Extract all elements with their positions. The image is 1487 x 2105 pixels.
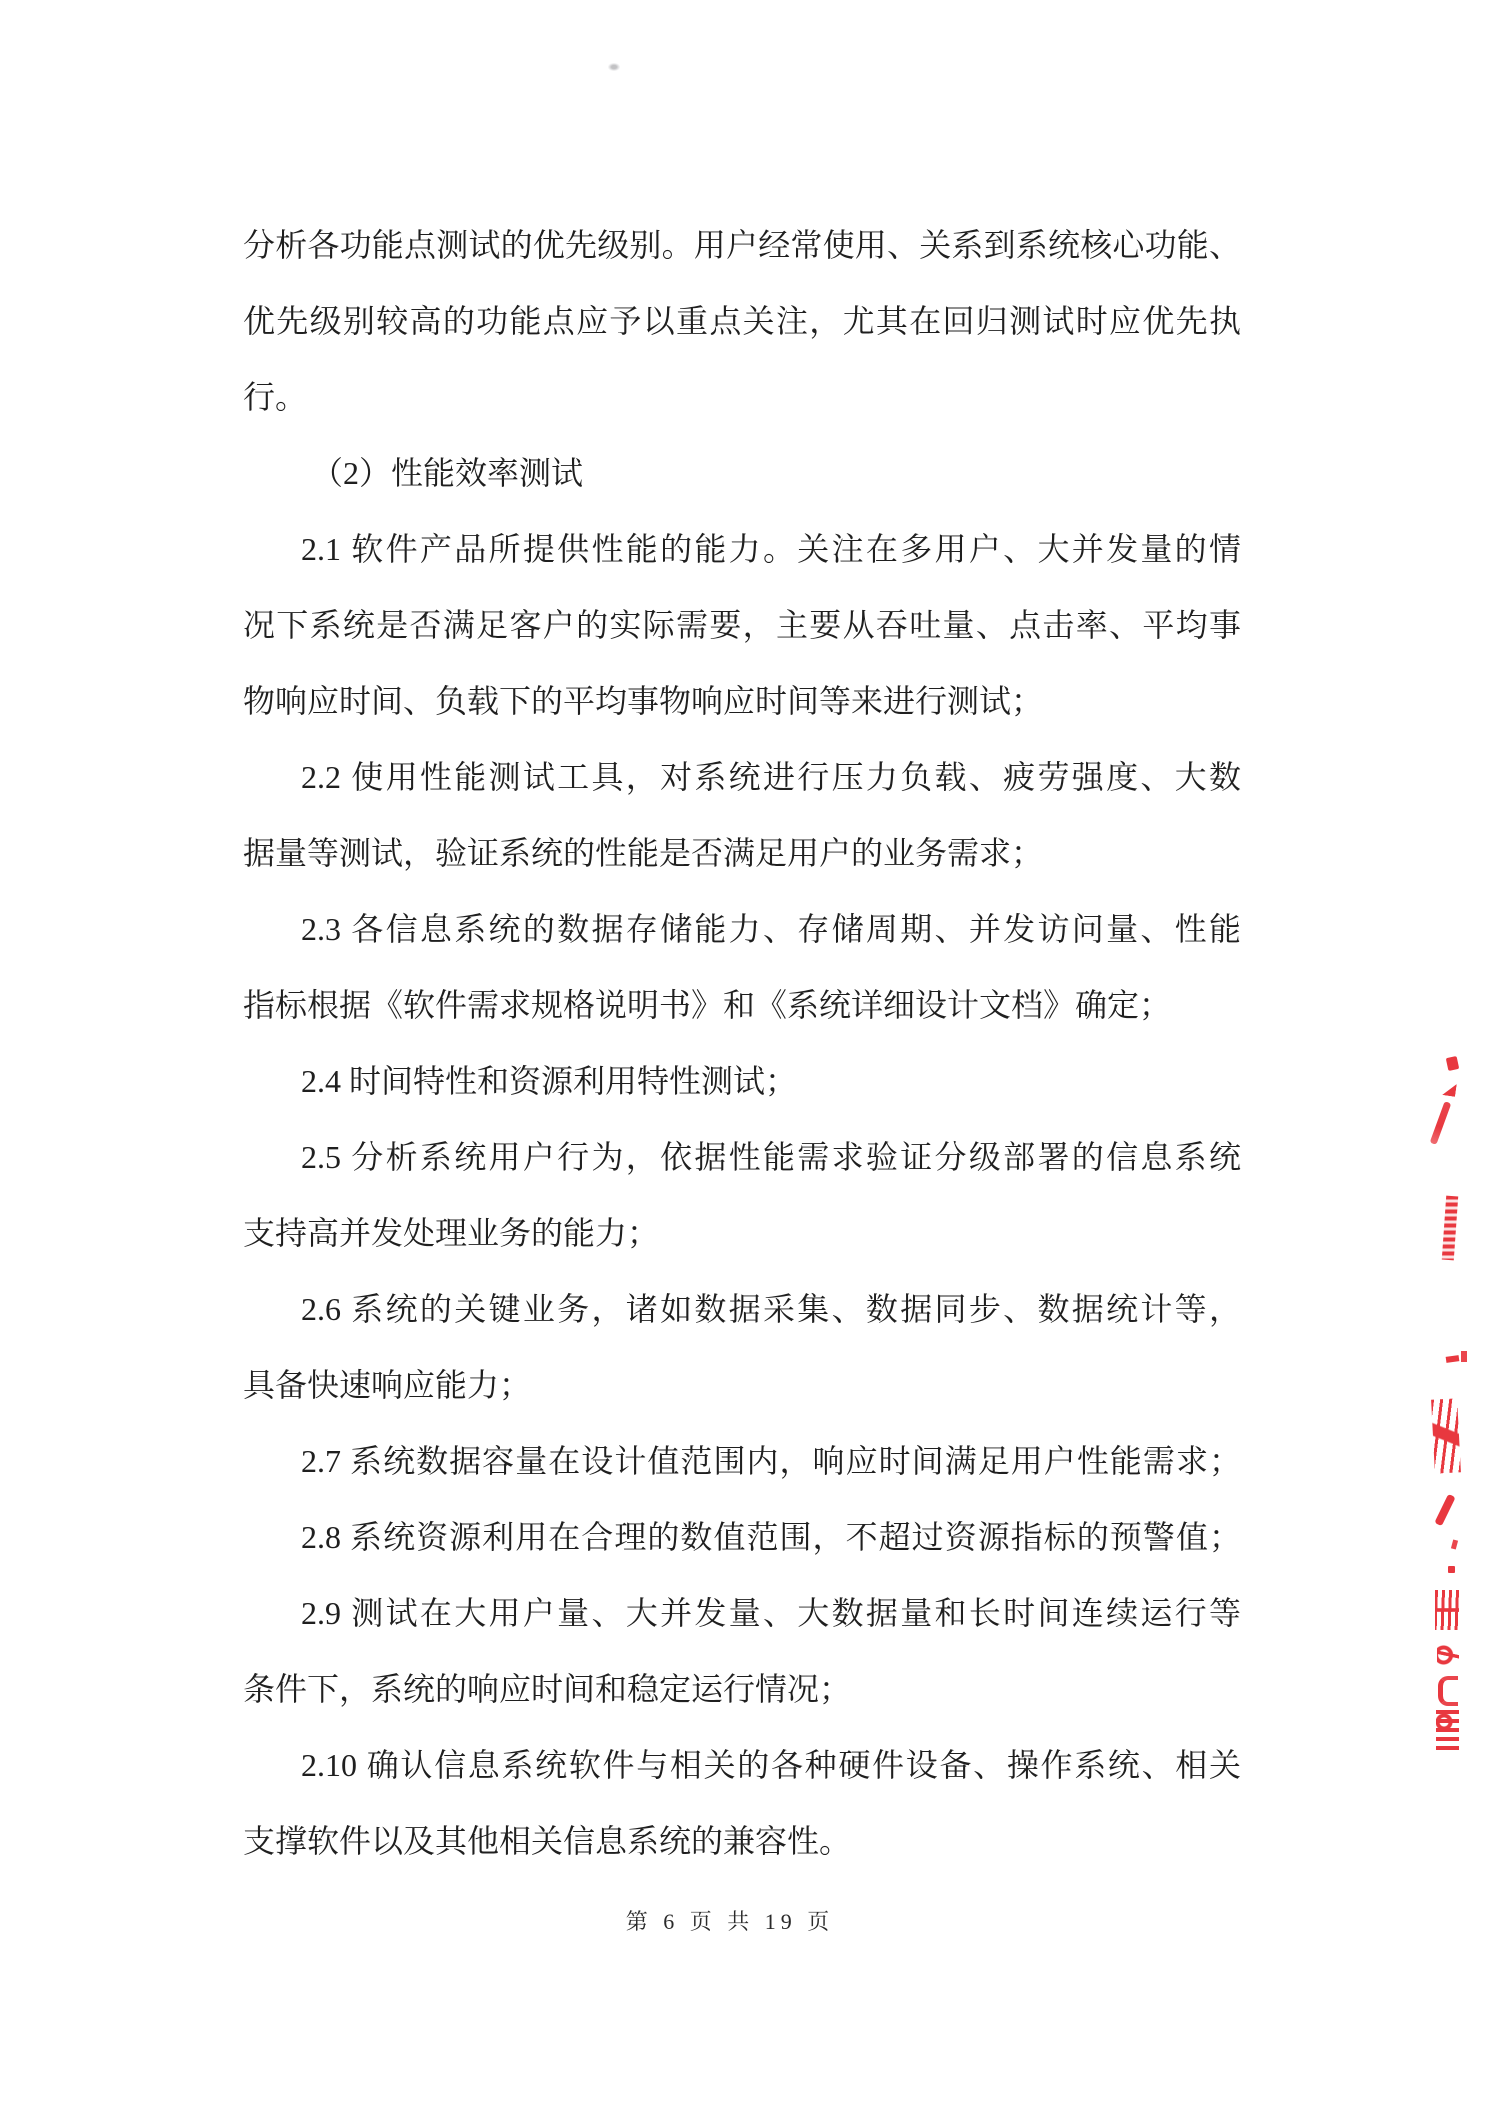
section-heading: （2）性能效率测试 <box>243 435 1241 511</box>
stamp-fragment <box>1435 1590 1459 1630</box>
stamp-fragment <box>1446 1056 1459 1071</box>
text-line: 具备快速响应能力； <box>243 1347 1241 1423</box>
stamp-fragment <box>1434 1494 1455 1526</box>
text-line: 2.6 系统的关键业务，诸如数据采集、数据同步、数据统计等， <box>243 1271 1241 1347</box>
stamp-fragment <box>1431 1398 1461 1473</box>
text-line: 据量等测试，验证系统的性能是否满足用户的业务需求； <box>243 815 1241 891</box>
text-line: 2.5 分析系统用户行为，依据性能需求验证分级部署的信息系统 <box>243 1119 1241 1195</box>
stamp-fragment <box>1446 1355 1460 1363</box>
stamp-fragment <box>1437 1640 1459 1670</box>
text-line: 优先级别较高的功能点应予以重点关注，尤其在回归测试时应优先执 <box>243 283 1241 359</box>
text-line: 支撑软件以及其他相关信息系统的兼容性。 <box>243 1803 1241 1879</box>
text-line: 2.3 各信息系统的数据存储能力、存储周期、并发访问量、性能 <box>243 891 1241 967</box>
stamp-fragment <box>1448 1566 1455 1573</box>
text-line: 2.2 使用性能测试工具，对系统进行压力负载、疲劳强度、大数 <box>243 739 1241 815</box>
page-number-footer: 第 6 页 共 19 页 <box>0 1905 1460 1936</box>
text-line: 2.9 测试在大用户量、大并发量、大数据量和长时间连续运行等 <box>243 1575 1241 1651</box>
stamp-fragment <box>1442 1196 1458 1261</box>
text-line: 2.10 确认信息系统软件与相关的各种硬件设备、操作系统、相关 <box>243 1727 1241 1803</box>
text-line: 2.7 系统数据容量在设计值范围内，响应时间满足用户性能需求； <box>243 1423 1241 1499</box>
stamp-fragment <box>1430 1101 1452 1145</box>
text-line: 条件下，系统的响应时间和稳定运行情况； <box>243 1651 1241 1727</box>
stamp-fragment <box>1442 1082 1457 1097</box>
text-line: 行。 <box>243 359 1241 435</box>
stamp-fragment <box>1451 1540 1458 1550</box>
text-line: 指标根据《软件需求规格说明书》和《系统详细设计文档》确定； <box>243 967 1241 1043</box>
document-page: 分析各功能点测试的优先级别。用户经常使用、关系到系统核心功能、 优先级别较高的功… <box>0 0 1487 2105</box>
text-line: 物响应时间、负载下的平均事物响应时间等来进行测试； <box>243 663 1241 739</box>
text-line: 2.8 系统资源利用在合理的数值范围，不超过资源指标的预警值； <box>243 1499 1241 1575</box>
text-line: 况下系统是否满足客户的实际需要，主要从吞吐量、点击率、平均事 <box>243 587 1241 663</box>
stamp-fragment <box>1461 1351 1467 1362</box>
body-text: 分析各功能点测试的优先级别。用户经常使用、关系到系统核心功能、 优先级别较高的功… <box>243 207 1241 1879</box>
text-line: 分析各功能点测试的优先级别。用户经常使用、关系到系统核心功能、 <box>243 207 1241 283</box>
text-line: 2.1 软件产品所提供性能的能力。关注在多用户、大并发量的情 <box>243 511 1241 587</box>
stamp-fragment <box>1438 1676 1458 1706</box>
text-line: 支持高并发处理业务的能力； <box>243 1195 1241 1271</box>
stamp-fragment <box>1436 1710 1459 1750</box>
scan-artifact-dot <box>608 63 620 71</box>
text-line: 2.4 时间特性和资源利用特性测试； <box>243 1043 1241 1119</box>
